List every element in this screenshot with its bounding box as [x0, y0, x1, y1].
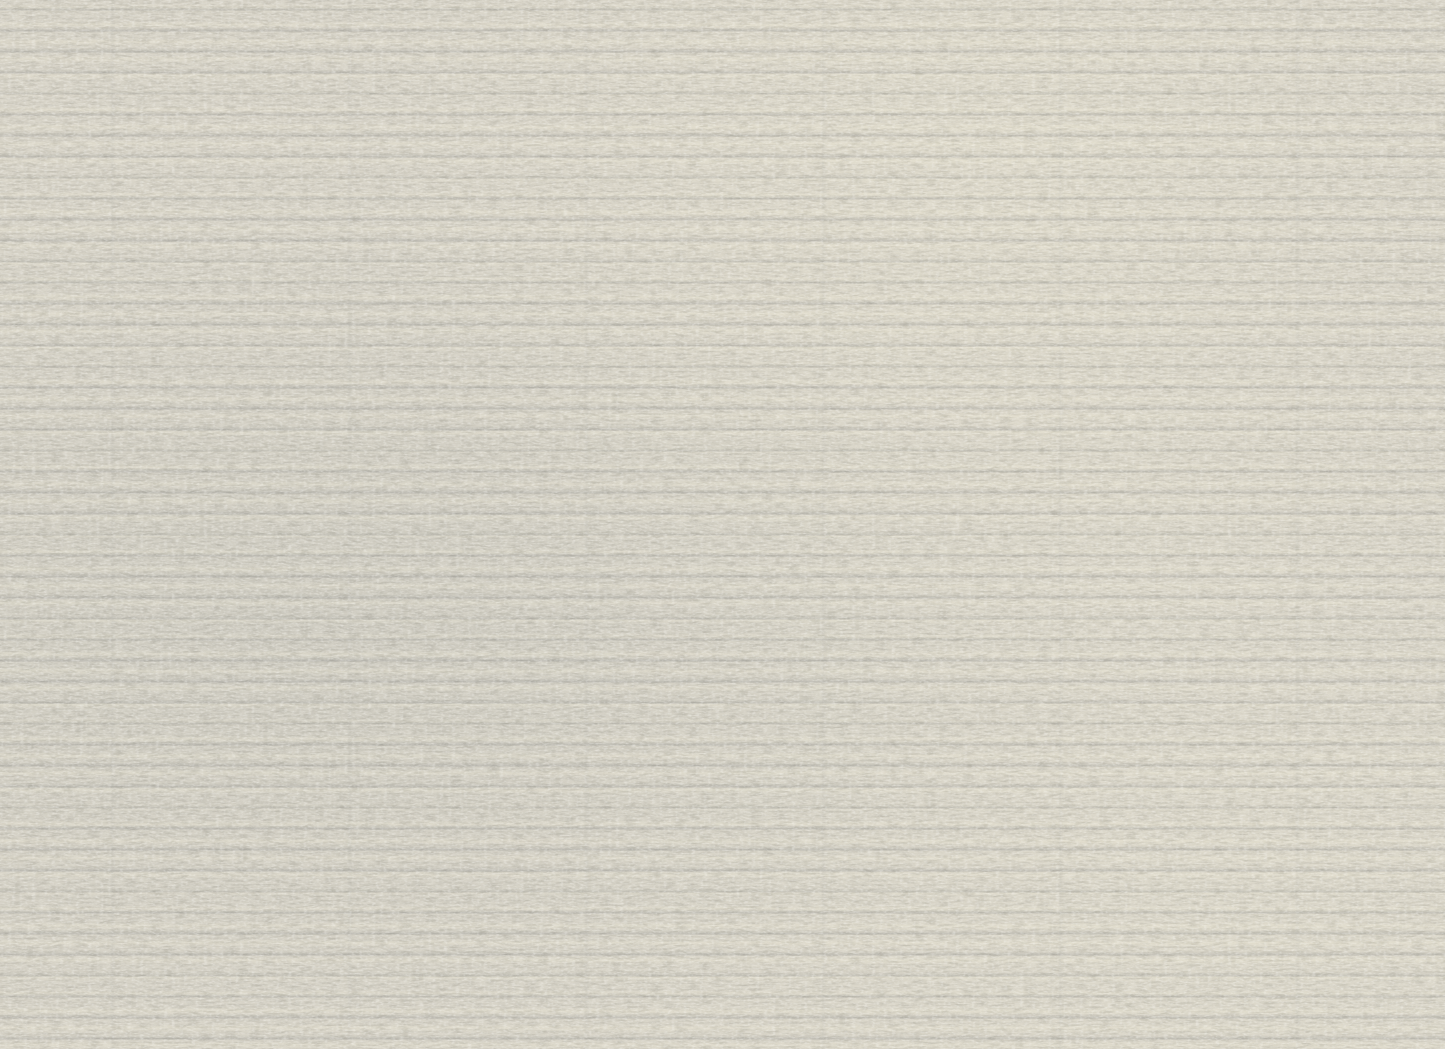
fiber-noise-light — [0, 0, 1445, 1049]
carpet-texture-photo — [0, 0, 1445, 1049]
